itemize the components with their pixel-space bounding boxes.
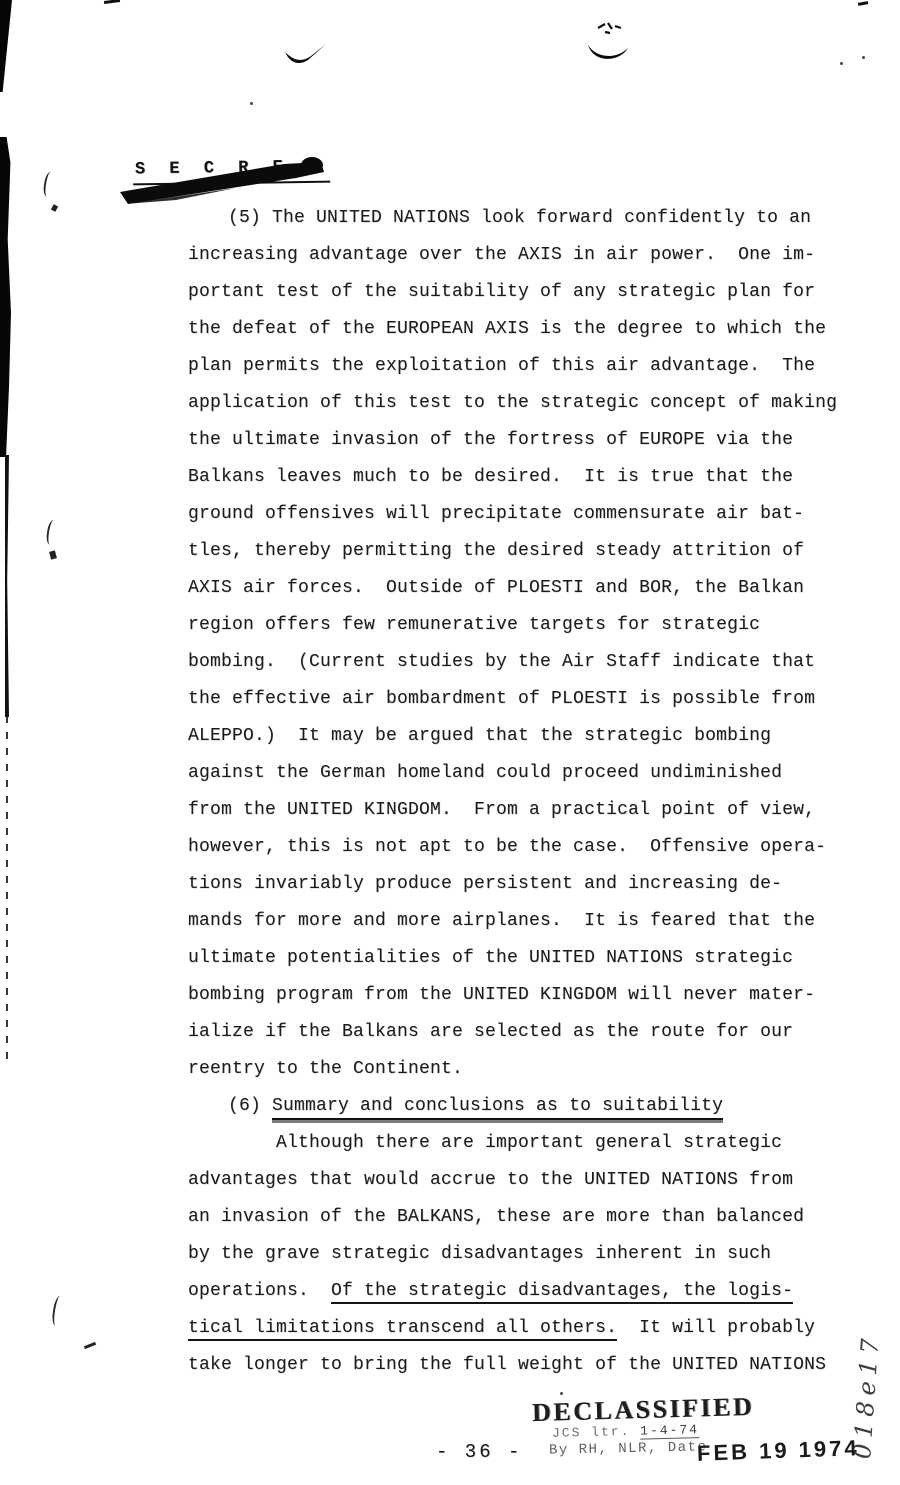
- text-line: ultimate potentialities of the UNITED NA…: [188, 940, 864, 977]
- text-line: bombing. (Current studies by the Air Sta…: [188, 644, 864, 681]
- text-line: application of this test to the strategi…: [188, 385, 864, 422]
- text-segment: Balkans leaves much to be desired. It is…: [188, 467, 793, 487]
- text-line: however, this is not apt to be the case.…: [188, 829, 864, 866]
- text-line: Although there are important general str…: [188, 1125, 864, 1162]
- declassified-authority-line: JCS ltr. 1-4-74: [552, 1422, 699, 1441]
- text-segment: plan permits the exploitation of this ai…: [188, 356, 815, 376]
- pen-mark: [51, 204, 58, 212]
- text-segment: however, this is not apt to be the case.…: [188, 837, 826, 857]
- text-segment: reentry to the Continent.: [188, 1059, 463, 1079]
- text-segment: the effective air bombardment of PLOESTI…: [188, 689, 815, 709]
- pen-mark: [45, 519, 60, 545]
- secret-classification-stamp: S E C R E T: [133, 158, 331, 186]
- text-line: (6) Summary and conclusions as to suitab…: [188, 1088, 864, 1125]
- text-line: an invasion of the BALKANS, these are mo…: [188, 1199, 864, 1236]
- text-line: plan permits the exploitation of this ai…: [188, 348, 864, 385]
- underlined-text: Summary and conclusions as to suitabilit…: [272, 1096, 723, 1120]
- pen-mark: [84, 1342, 96, 1349]
- text-segment: from the UNITED KINGDOM. From a practica…: [188, 800, 815, 820]
- pen-mark: [51, 1295, 67, 1326]
- text-segment: AXIS air forces. Outside of PLOESTI and …: [188, 578, 804, 598]
- text-segment: operations.: [188, 1281, 331, 1301]
- text-line: tions invariably produce persistent and …: [188, 866, 864, 903]
- scan-edge-artifact: [0, 137, 11, 457]
- ink-scribble-mark: [578, 20, 642, 64]
- text-line: tical limitations transcend all others. …: [188, 1310, 864, 1347]
- text-line: operations. Of the strategic disadvantag…: [188, 1273, 864, 1310]
- text-segment: (5) The UNITED NATIONS look forward conf…: [228, 208, 811, 228]
- scan-edge-artifact: [0, 0, 12, 92]
- text-line: ialize if the Balkans are selected as th…: [188, 1014, 864, 1051]
- text-segment: by the grave strategic disadvantages inh…: [188, 1244, 771, 1264]
- text-segment: (6): [228, 1096, 272, 1116]
- text-segment: It will probably: [617, 1318, 815, 1338]
- text-segment: tles, thereby permitting the desired ste…: [188, 541, 804, 561]
- text-segment: the ultimate invasion of the fortress of…: [188, 430, 793, 450]
- authority-prefix: JCS ltr.: [552, 1424, 641, 1441]
- text-segment: application of this test to the strategi…: [188, 393, 837, 413]
- scan-speck: [858, 1, 868, 6]
- text-line: Balkans leaves much to be desired. It is…: [188, 459, 864, 496]
- scan-speck: [560, 1392, 563, 1395]
- text-segment: ground offensives will precipitate comme…: [188, 504, 804, 524]
- text-line: AXIS air forces. Outside of PLOESTI and …: [188, 570, 864, 607]
- underlined-text: tical limitations transcend all others.: [188, 1318, 617, 1341]
- declassified-by-line: By RH, NLR, Date: [549, 1439, 708, 1458]
- text-segment: increasing advantage over the AXIS in ai…: [188, 245, 815, 265]
- text-segment: ialize if the Balkans are selected as th…: [188, 1022, 793, 1042]
- scan-speck: [862, 56, 865, 59]
- text-segment: tions invariably produce persistent and …: [188, 874, 782, 894]
- text-segment: Although there are important general str…: [276, 1133, 782, 1153]
- scan-edge-artifact: [6, 716, 8, 1061]
- text-segment: against the German homeland could procee…: [188, 763, 782, 783]
- scan-edge-artifact: [5, 455, 9, 717]
- text-segment: take longer to bring the full weight of …: [188, 1355, 826, 1375]
- text-segment: bombing program from the UNITED KINGDOM …: [188, 985, 815, 1005]
- scan-speck: [840, 62, 843, 65]
- text-segment: ALEPPO.) It may be argued that the strat…: [188, 726, 771, 746]
- text-segment: the defeat of the EUROPEAN AXIS is the d…: [188, 319, 826, 339]
- pen-mark: [49, 550, 57, 559]
- text-line: by the grave strategic disadvantages inh…: [188, 1236, 864, 1273]
- text-segment: an invasion of the BALKANS, these are mo…: [188, 1207, 804, 1227]
- document-body: (5) The UNITED NATIONS look forward conf…: [188, 200, 864, 1384]
- text-line: region offers few remunerative targets f…: [188, 607, 864, 644]
- text-line: ALEPPO.) It may be argued that the strat…: [188, 718, 864, 755]
- scanned-document-page: S E C R E T (5) The UNITED NATIONS look …: [0, 0, 900, 1485]
- text-line: increasing advantage over the AXIS in ai…: [188, 237, 864, 274]
- text-line: from the UNITED KINGDOM. From a practica…: [188, 792, 864, 829]
- text-line: portant test of the suitability of any s…: [188, 274, 864, 311]
- page-number: - 36 -: [436, 1441, 522, 1463]
- text-line: mands for more and more airplanes. It is…: [188, 903, 864, 940]
- text-line: the defeat of the EUROPEAN AXIS is the d…: [188, 311, 864, 348]
- text-line: against the German homeland could procee…: [188, 755, 864, 792]
- text-segment: portant test of the suitability of any s…: [188, 282, 815, 302]
- pen-mark: [42, 171, 57, 197]
- date-stamp: FEB 19 1974: [697, 1435, 860, 1467]
- text-line: the effective air bombardment of PLOESTI…: [188, 681, 864, 718]
- text-segment: ultimate potentialities of the UNITED NA…: [188, 948, 793, 968]
- text-segment: region offers few remunerative targets f…: [188, 615, 760, 635]
- text-segment: bombing. (Current studies by the Air Sta…: [188, 652, 815, 672]
- text-line: tles, thereby permitting the desired ste…: [188, 533, 864, 570]
- scan-speck: [250, 102, 253, 105]
- ink-checkmark-blot: [284, 42, 328, 70]
- text-line: ground offensives will precipitate comme…: [188, 496, 864, 533]
- text-line: (5) The UNITED NATIONS look forward conf…: [188, 200, 864, 237]
- text-line: take longer to bring the full weight of …: [188, 1347, 864, 1384]
- scan-speck: [104, 0, 120, 4]
- text-segment: advantages that would accrue to the UNIT…: [188, 1170, 793, 1190]
- authority-date: 1-4-74: [640, 1422, 699, 1440]
- text-line: advantages that would accrue to the UNIT…: [188, 1162, 864, 1199]
- text-segment: mands for more and more airplanes. It is…: [188, 911, 815, 931]
- text-line: the ultimate invasion of the fortress of…: [188, 422, 864, 459]
- text-line: reentry to the Continent.: [188, 1051, 864, 1088]
- underlined-text: Of the strategic disadvantages, the logi…: [331, 1281, 793, 1304]
- text-line: bombing program from the UNITED KINGDOM …: [188, 977, 864, 1014]
